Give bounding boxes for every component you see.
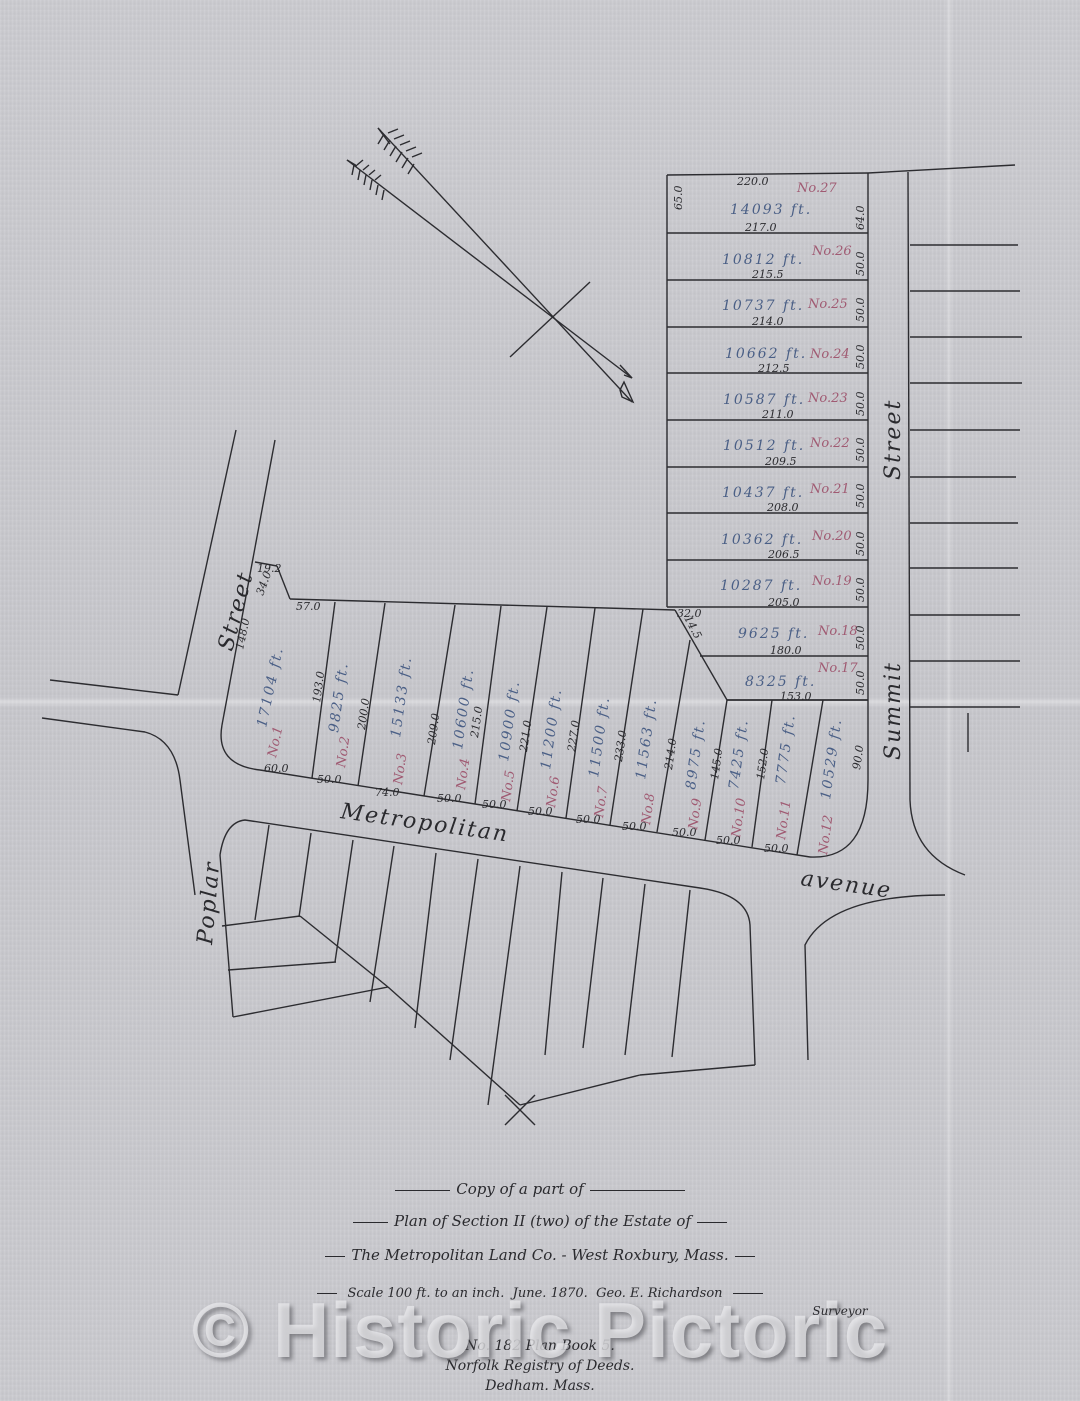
svg-text:11500 ft.: 11500 ft.: [586, 695, 613, 779]
surveyor-name: Geo. E. Richardson: [596, 1286, 722, 1301]
svg-text:9625 ft.: 9625 ft.: [738, 626, 809, 642]
svg-text:No.17: No.17: [817, 661, 858, 676]
svg-text:50.0: 50.0: [482, 798, 507, 811]
svg-text:No.3: No.3: [391, 752, 410, 786]
svg-text:74.0: 74.0: [375, 786, 400, 799]
svg-text:10737 ft.: 10737 ft.: [722, 298, 804, 314]
svg-text:11563 ft.: 11563 ft.: [633, 697, 660, 781]
svg-text:15133 ft.: 15133 ft.: [388, 655, 415, 739]
svg-text:50.0: 50.0: [576, 813, 601, 826]
svg-text:200.0: 200.0: [355, 697, 372, 731]
street-label-summit: Summit: [881, 661, 906, 760]
svg-text:50.0: 50.0: [437, 792, 462, 805]
svg-text:No.27: No.27: [796, 181, 837, 196]
svg-text:50.0: 50.0: [854, 484, 867, 509]
svg-text:65.0: 65.0: [672, 186, 685, 211]
svg-text:50.0: 50.0: [764, 842, 789, 855]
svg-text:57.0: 57.0: [296, 600, 321, 613]
svg-text:214.0: 214.0: [662, 737, 679, 771]
svg-text:7425 ft.: 7425 ft.: [726, 718, 752, 791]
svg-text:10362 ft.: 10362 ft.: [721, 532, 803, 548]
caption-location: Dedham. Mass.: [0, 1378, 1080, 1394]
svg-text:50.0: 50.0: [854, 626, 867, 651]
svg-text:208.0: 208.0: [766, 501, 799, 514]
svg-text:10587 ft.: 10587 ft.: [723, 392, 805, 408]
svg-text:No.11: No.11: [774, 799, 795, 841]
svg-text:209.5: 209.5: [764, 455, 797, 468]
svg-text:50.0: 50.0: [854, 252, 867, 277]
caption-line-4: Scale 100 ft. to an inch. June. 1870. Ge…: [0, 1286, 1080, 1301]
svg-text:205.0: 205.0: [767, 596, 800, 609]
svg-text:No.22: No.22: [809, 436, 850, 451]
svg-text:217.0: 217.0: [744, 221, 777, 234]
street-label-street: Street: [881, 399, 906, 480]
svg-text:No.12: No.12: [816, 814, 837, 856]
caption-line-2: Plan of Section II (two) of the Estate o…: [0, 1212, 1080, 1230]
svg-text:64.0: 64.0: [854, 206, 867, 231]
svg-text:50.0: 50.0: [622, 820, 647, 833]
svg-text:No.26: No.26: [811, 244, 852, 259]
svg-text:50.0: 50.0: [716, 834, 741, 847]
svg-text:50.0: 50.0: [317, 773, 342, 786]
svg-text:90.0: 90.0: [850, 744, 866, 770]
svg-text:7775 ft.: 7775 ft.: [773, 713, 799, 786]
svg-text:180.0: 180.0: [770, 644, 802, 657]
svg-text:No.4: No.4: [454, 757, 473, 791]
svg-text:No.20: No.20: [811, 529, 852, 544]
svg-text:8325 ft.: 8325 ft.: [745, 674, 816, 690]
svg-text:211.0: 211.0: [761, 408, 794, 421]
svg-text:10529 ft.: 10529 ft.: [818, 717, 845, 801]
svg-text:50.0: 50.0: [854, 392, 867, 417]
svg-text:50.0: 50.0: [854, 578, 867, 603]
svg-text:11200 ft.: 11200 ft.: [538, 687, 565, 771]
svg-text:10287 ft.: 10287 ft.: [720, 578, 802, 594]
svg-text:No.2: No.2: [334, 735, 353, 769]
svg-text:227.0: 227.0: [565, 719, 582, 753]
summit-lot-labels: 220.0 65.0 No.27 14093 ft. 217.0 64.0 10…: [672, 175, 867, 703]
svg-text:10662 ft.: 10662 ft.: [725, 346, 807, 362]
svg-text:10437 ft.: 10437 ft.: [722, 485, 804, 501]
svg-text:209.0: 209.0: [425, 712, 442, 746]
caption-line-1: Copy of a part of: [0, 1180, 1080, 1198]
date-text: June. 1870.: [513, 1286, 588, 1301]
svg-text:145.0: 145.0: [708, 747, 725, 780]
svg-text:50.0: 50.0: [528, 805, 553, 818]
svg-text:193.0: 193.0: [310, 670, 327, 703]
svg-text:10812 ft.: 10812 ft.: [722, 252, 804, 268]
svg-text:50.0: 50.0: [854, 298, 867, 323]
caption-registry: Norfolk Registry of Deeds.: [0, 1358, 1080, 1374]
svg-text:152.0: 152.0: [754, 747, 771, 780]
svg-text:8975 ft.: 8975 ft.: [683, 718, 709, 791]
street-label-avenue: avenue: [799, 866, 894, 904]
svg-text:9825 ft.: 9825 ft.: [326, 661, 352, 734]
svg-text:No.25: No.25: [807, 297, 848, 312]
svg-text:50.0: 50.0: [854, 532, 867, 557]
caption-surveyor-title: Surveyor: [300, 1304, 1080, 1318]
svg-text:220.0: 220.0: [736, 175, 769, 188]
caption-line-3: The Metropolitan Land Co. - West Roxbury…: [0, 1246, 1080, 1264]
poplar-street-lines: [42, 430, 236, 895]
svg-text:No.18: No.18: [817, 624, 858, 639]
svg-text:221.0: 221.0: [517, 719, 534, 753]
svg-text:50.0: 50.0: [854, 438, 867, 463]
svg-text:153.0: 153.0: [780, 690, 812, 703]
svg-text:No.21: No.21: [809, 482, 850, 497]
svg-text:No.19: No.19: [811, 574, 852, 589]
north-arrow-icon: [347, 128, 633, 402]
scale-text: Scale 100 ft. to an inch.: [347, 1286, 504, 1301]
svg-text:50.0: 50.0: [854, 671, 867, 696]
svg-text:14093 ft.: 14093 ft.: [730, 202, 812, 218]
svg-text:206.5: 206.5: [767, 548, 800, 561]
svg-text:233.0: 233.0: [612, 729, 629, 763]
svg-text:10512 ft.: 10512 ft.: [723, 438, 805, 454]
caption-plan-book: No. 182 Plan Book 5.: [0, 1338, 1080, 1354]
svg-text:212.5: 212.5: [757, 362, 790, 375]
svg-text:No.24: No.24: [809, 347, 850, 362]
svg-text:50.0: 50.0: [854, 345, 867, 370]
svg-text:214.0: 214.0: [751, 315, 784, 328]
south-block: [220, 820, 945, 1125]
svg-text:No.23: No.23: [807, 391, 848, 406]
svg-text:17104 ft.: 17104 ft.: [254, 645, 287, 729]
svg-text:215.5: 215.5: [751, 268, 784, 281]
svg-text:50.0: 50.0: [672, 826, 697, 839]
street-label-poplar: Poplar: [193, 860, 225, 947]
svg-text:No.1: No.1: [265, 725, 286, 760]
svg-text:60.0: 60.0: [264, 762, 289, 775]
